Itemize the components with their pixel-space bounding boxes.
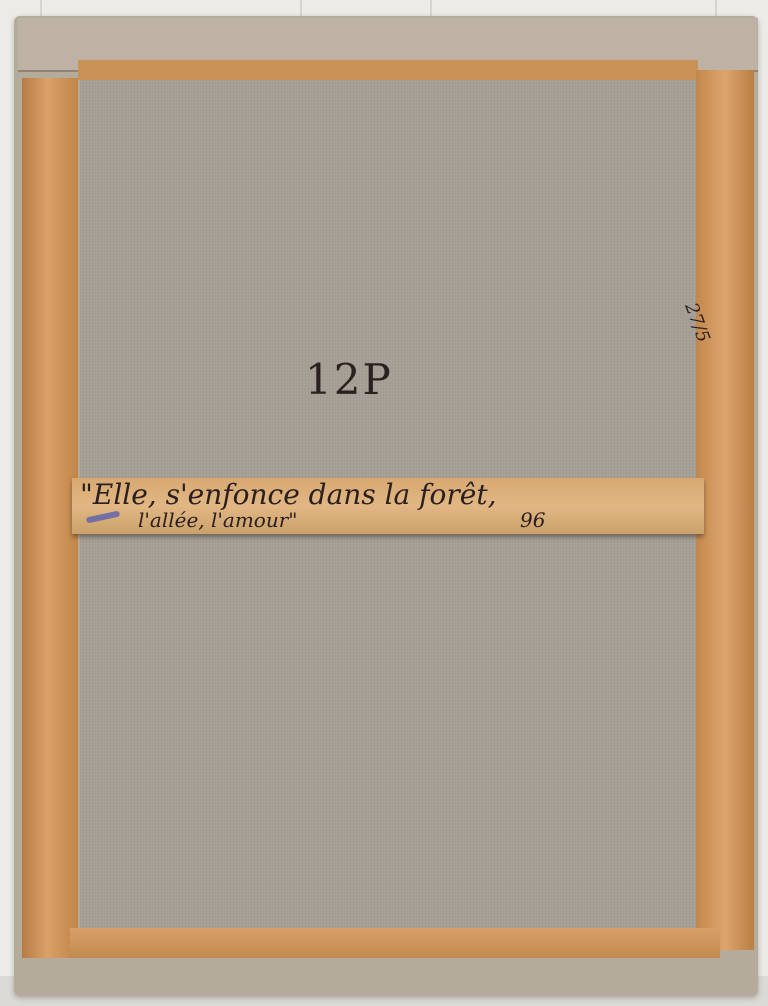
stretcher-bar-bottom	[70, 928, 720, 958]
canvas-size-label: 12P	[305, 355, 393, 404]
artist-signature: 96	[520, 508, 545, 532]
stretcher-bar-right	[696, 70, 754, 950]
inscription-title-line1: "Elle, s'enfonce dans la forêt,	[80, 478, 496, 511]
stretcher-bar-top	[78, 60, 698, 80]
stretcher-bar-left	[22, 78, 78, 958]
inscription-title-line2: l'allée, l'amour"	[138, 508, 297, 532]
